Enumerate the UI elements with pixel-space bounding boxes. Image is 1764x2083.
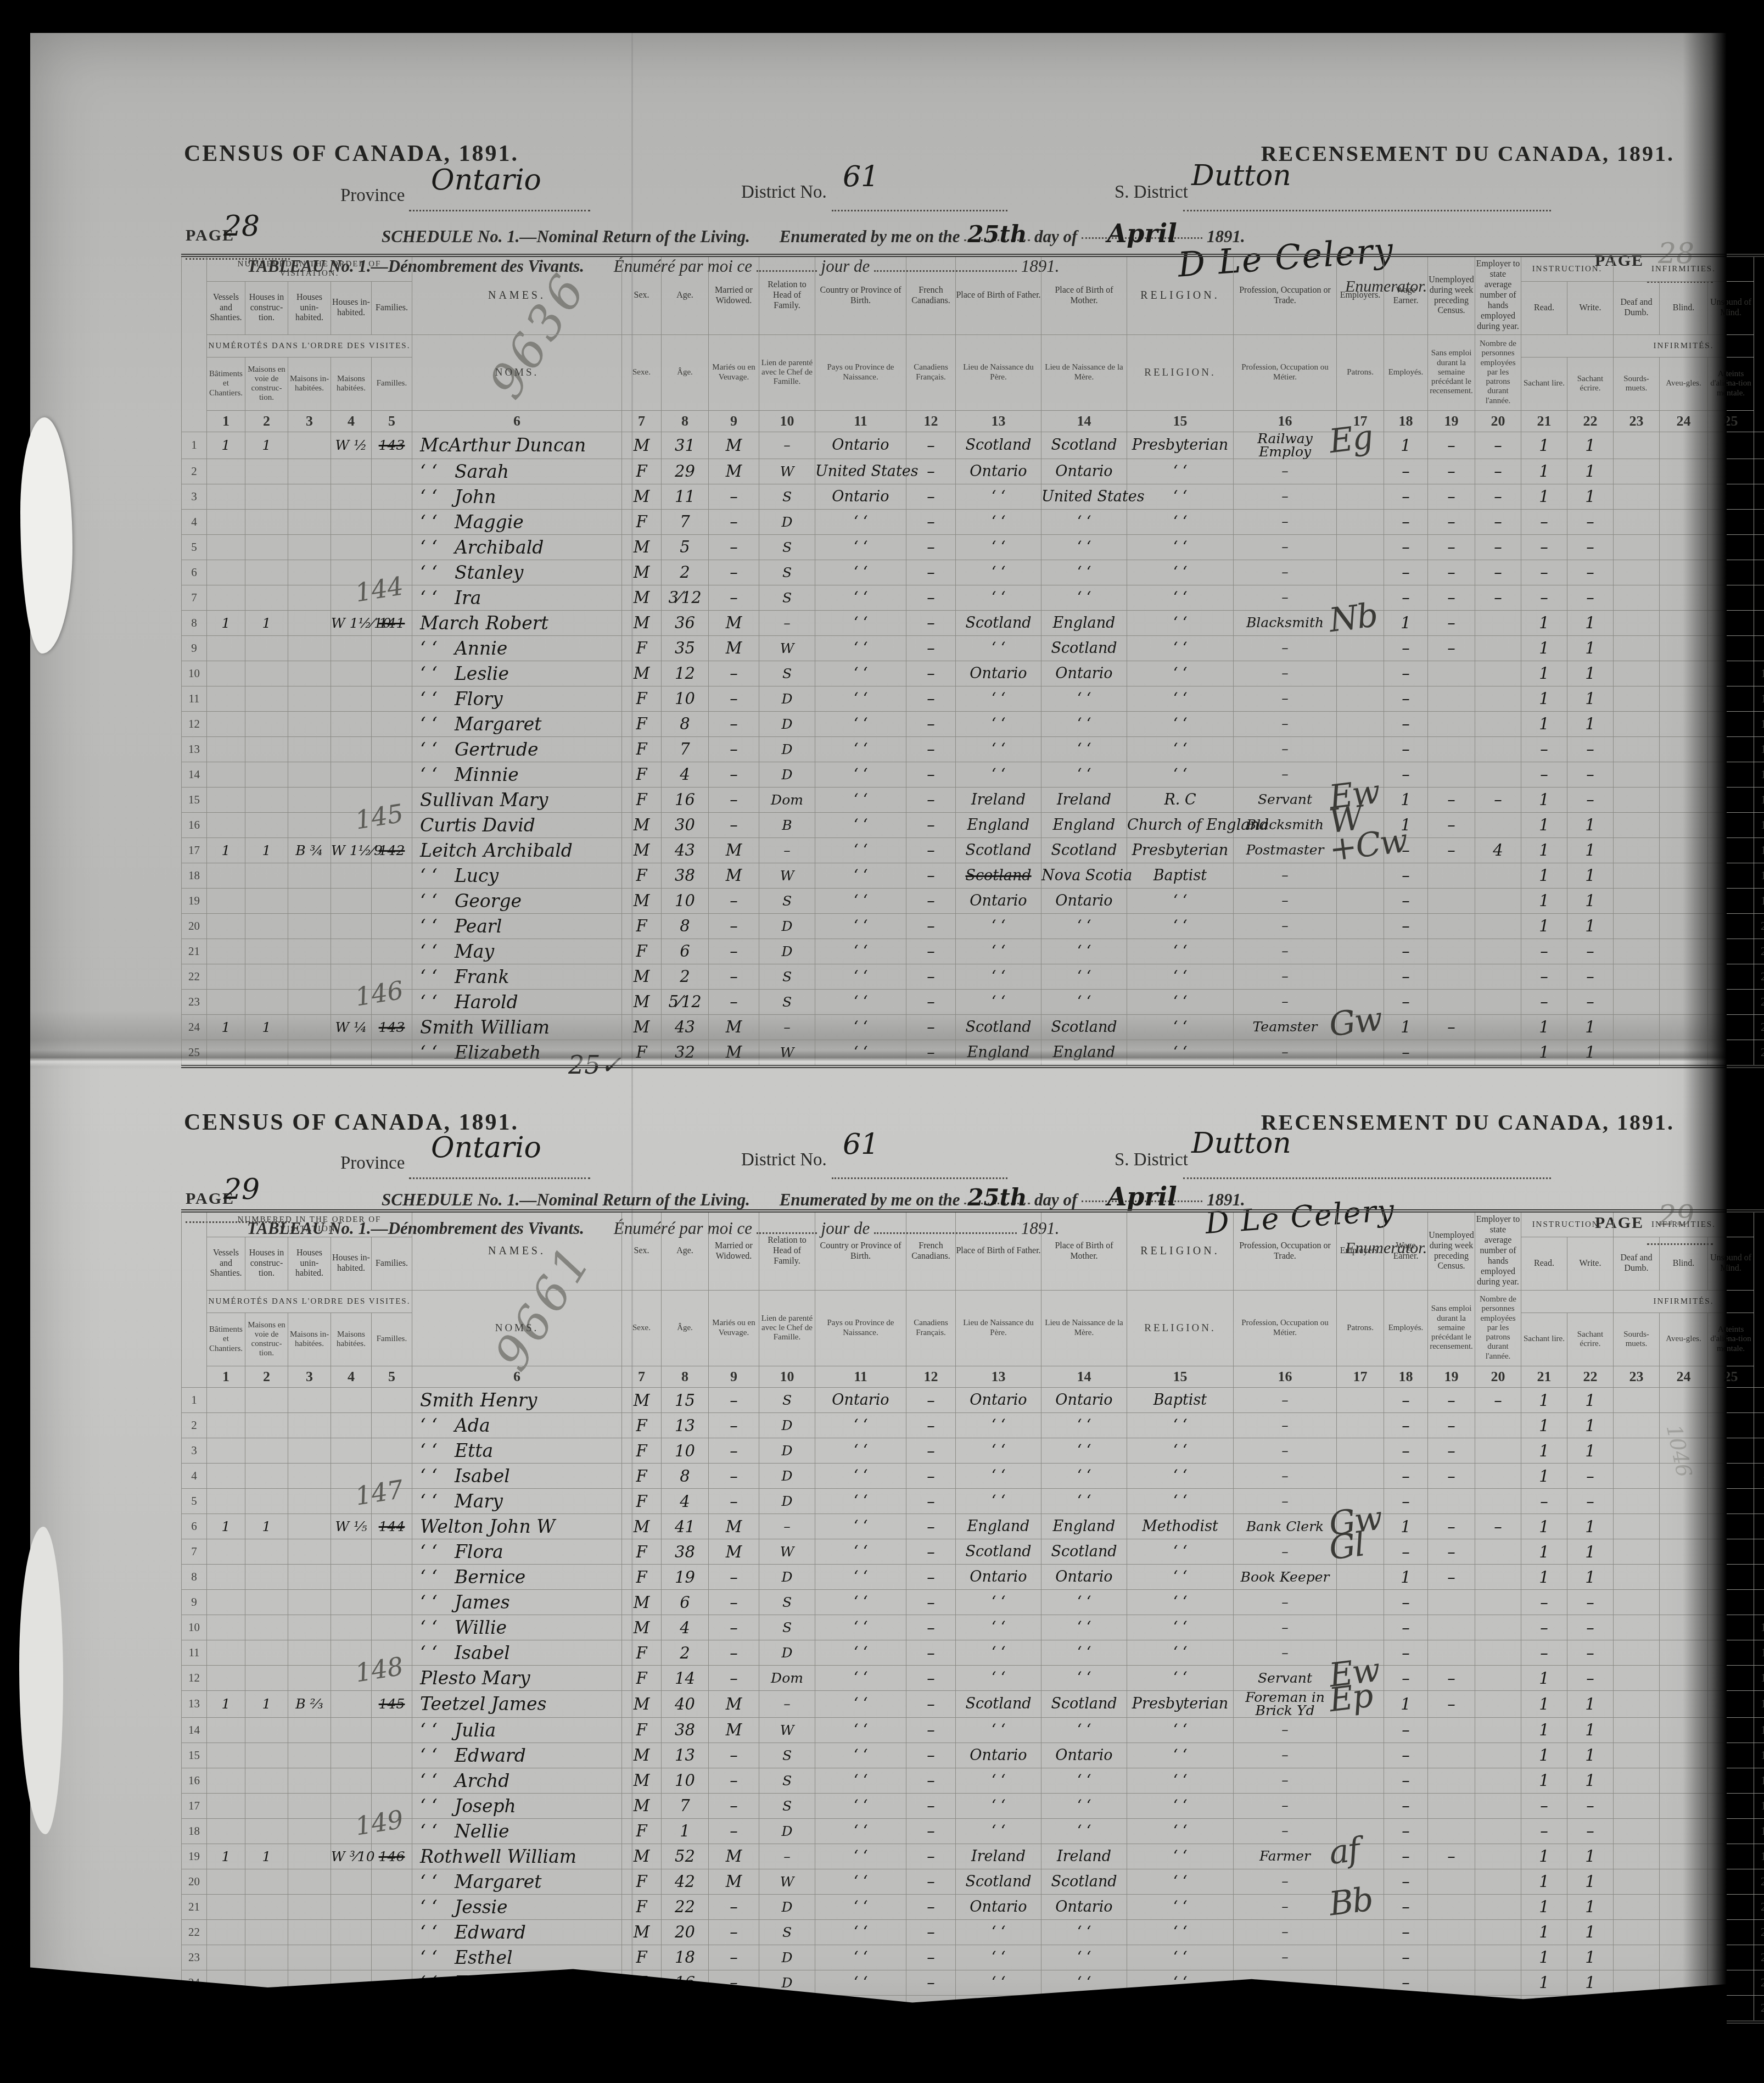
cell-df (1614, 1869, 1660, 1894)
cell-wr: – (1567, 509, 1614, 534)
cell-occ: – (1234, 1743, 1337, 1768)
col-write-fr: Sachant écrire. (1567, 358, 1614, 411)
col-wage-fr: Employés. (1384, 1291, 1428, 1366)
cell-rd: 1 (1521, 1666, 1567, 1691)
row-number-right: 18 (1754, 1818, 1764, 1844)
cell-occ: – (1234, 686, 1337, 711)
col-number: 22 (1567, 411, 1614, 432)
cell-name: Sullivan Mary (412, 787, 622, 812)
cell-m: M (709, 1717, 759, 1743)
row-number-left: 21 (182, 939, 207, 964)
subdistrict-value: Dutton (1191, 159, 1291, 192)
cell-une (1428, 888, 1475, 913)
col-relation-en: Relation to Head of Family. (759, 1211, 815, 1291)
cell-wag: – (1384, 736, 1428, 762)
record-row: 611W ⅕144Welton John WM41M–‘ ‘–EnglandEn… (182, 1514, 1764, 1539)
cell-wag: – (1384, 913, 1428, 939)
cell-rd: 1 (1521, 913, 1567, 939)
cell-name: ‘ ‘ Margaret (412, 1869, 622, 1894)
col-number: 13 (956, 411, 1041, 432)
col-occupation-en: Profession, Occupation or Trade. (1234, 1211, 1337, 1291)
cell-name: Rothwell William (412, 1844, 622, 1869)
day-of-label: day of (1034, 227, 1077, 246)
cell-rlg: ‘ ‘ (1127, 509, 1234, 534)
cell-sex: F (622, 1869, 662, 1894)
cell-df (1614, 1539, 1660, 1565)
col-sex-fr: Sexe. (622, 335, 662, 411)
row-number-right: 13 (1754, 736, 1764, 762)
cell-fa: ‘ ‘ (956, 1640, 1041, 1666)
cell-name: Smith Henry (412, 1388, 622, 1413)
cell-wr: 1 (1567, 661, 1614, 686)
cell-fa: ‘ ‘ (956, 1793, 1041, 1818)
record-row: 5‘ ‘ ArchibaldM5–S‘ ‘–‘ ‘‘ ‘‘ ‘––––––5 (182, 534, 1764, 560)
row-number-right: 11 (1754, 1640, 1764, 1666)
cell-c3 (288, 1464, 331, 1489)
cell-m: – (709, 989, 759, 1014)
cell-birth: United States (815, 459, 906, 484)
cell-f12: – (906, 762, 956, 787)
record-row: 19‘ ‘ GeorgeM10–S‘ ‘–OntarioOntario‘ ‘––… (182, 888, 1764, 913)
cell-f12: – (906, 1464, 956, 1489)
cell-age: 38 (662, 1717, 709, 1743)
cell-c1 (207, 863, 245, 888)
cell-une: – (1428, 509, 1475, 534)
cell-rel: W (759, 459, 815, 484)
col-birth-en: Country or Province of Birth. (815, 1211, 906, 1291)
record-row: 14‘ ‘ JuliaF38MW‘ ‘–‘ ‘‘ ‘‘ ‘––1114 (182, 1717, 1764, 1743)
row-number-left: 14 (182, 762, 207, 787)
cell-wr: 1 (1567, 1970, 1614, 1995)
cell-occ: Farmer (1234, 1844, 1337, 1869)
col-married-fr: Mariés ou en Veuvage. (709, 335, 759, 411)
cell-df (1614, 787, 1660, 812)
cell-c3 (288, 661, 331, 686)
cell-c3 (288, 1919, 331, 1945)
cell-f12: – (906, 736, 956, 762)
cell-wr: 1 (1567, 432, 1614, 459)
cell-df (1614, 1565, 1660, 1590)
cell-c3 (288, 989, 331, 1014)
cell-une: – (1428, 1666, 1475, 1691)
cell-df (1614, 686, 1660, 711)
cell-c1 (207, 635, 245, 661)
cell-df (1614, 1691, 1660, 1718)
cell-c2 (245, 1640, 288, 1666)
cell-rlg: ‘ ‘ (1127, 939, 1234, 964)
cell-c4 (331, 1919, 372, 1945)
cell-c5 (372, 1743, 412, 1768)
cell-une: – (1428, 1464, 1475, 1489)
cell-mo: ‘ ‘ (1041, 585, 1127, 610)
cell-m: – (709, 1894, 759, 1919)
cell-birth: ‘ ‘ (815, 837, 906, 863)
cell-une: – (1428, 837, 1475, 863)
cell-sex: M (622, 432, 662, 459)
cell-df (1614, 1717, 1660, 1743)
cell-rlg: ‘ ‘ (1127, 762, 1234, 787)
cell-emp (1337, 484, 1384, 509)
group-instruction-en: Instruction. (1521, 255, 1614, 282)
cell-c5 (372, 1919, 412, 1945)
cell-df (1614, 1919, 1660, 1945)
cell-rel: S (759, 1743, 815, 1768)
cell-c2 (245, 1590, 288, 1615)
row-number-right: 15 (1754, 787, 1764, 812)
row-number-right: 11 (1754, 686, 1764, 711)
subdistrict-value: Dutton (1191, 1127, 1291, 1160)
cell-birth: ‘ ‘ (815, 1743, 906, 1768)
employer-pencil-mark: af (1327, 1830, 1361, 1872)
col-sex-en: Sex. (622, 255, 662, 335)
cell-df (1614, 1514, 1660, 1539)
district-label: District No. (741, 182, 827, 203)
cell-wr: 1 (1567, 1438, 1614, 1464)
cell-f12: – (906, 1970, 956, 1995)
cell-fa: Scotland (956, 1539, 1041, 1565)
record-row: 18149‘ ‘ NellieF1–D‘ ‘–‘ ‘‘ ‘‘ ‘––––18 (182, 1818, 1764, 1844)
cell-une (1428, 762, 1475, 787)
cell-rel: – (759, 1514, 815, 1539)
row-number-left: 23 (182, 989, 207, 1014)
cell-occ: – (1234, 1818, 1337, 1844)
cell-fa: ‘ ‘ (956, 509, 1041, 534)
cell-df (1614, 1894, 1660, 1919)
cell-c4 (331, 1539, 372, 1565)
cell-f12: – (906, 1666, 956, 1691)
cell-c4 (331, 1438, 372, 1464)
record-row: 3‘ ‘ EttaF10–D‘ ‘–‘ ‘‘ ‘‘ ‘–––113 (182, 1438, 1764, 1464)
row-number-left: 20 (182, 913, 207, 939)
cell-c3 (288, 1014, 331, 1040)
cell-m: – (709, 534, 759, 560)
cell-f12: – (906, 1640, 956, 1666)
cell-f12: – (906, 1818, 956, 1844)
cell-une (1428, 736, 1475, 762)
cell-rlg: ‘ ‘ (1127, 1768, 1234, 1793)
cell-une: – (1428, 635, 1475, 661)
cell-name: ‘ ‘ Maggie (412, 509, 622, 534)
col-families-en: Families. (372, 282, 412, 335)
cell-rel: S (759, 1615, 815, 1640)
row-number-left: 20 (182, 1869, 207, 1894)
row-number-left: 18 (182, 1818, 207, 1844)
cell-occ: Teamster (1234, 1014, 1337, 1040)
cell-c1 (207, 560, 245, 585)
cell-c1 (207, 1666, 245, 1691)
cell-c3 (288, 1717, 331, 1743)
record-row: 21‘ ‘ JessieF22–D‘ ‘–OntarioOntario‘ ‘–B… (182, 1894, 1764, 1919)
cell-wag: – (1384, 1489, 1428, 1514)
cell-rd: – (1521, 509, 1567, 534)
cell-f12: – (906, 888, 956, 913)
cell-c3 (288, 610, 331, 635)
cell-age: 7 (662, 736, 709, 762)
cell-rd: – (1521, 1818, 1567, 1844)
col-number: 10 (759, 411, 815, 432)
cell-emp: af (1337, 1844, 1384, 1869)
col-father-fr: Lieu de Naissance du Père. (956, 1291, 1041, 1366)
row-number-column-header (182, 1211, 207, 1388)
cell-name: ‘ ‘ George (412, 888, 622, 913)
col-number: 8 (662, 411, 709, 432)
cell-df (1614, 1014, 1660, 1040)
cell-age: 7 (662, 1793, 709, 1818)
cell-c5 (372, 1539, 412, 1565)
row-number-right: 15 (1754, 1743, 1764, 1768)
cell-f12: – (906, 989, 956, 1014)
record-row: 7‘ ‘ FloraF38MW‘ ‘–ScotlandScotland‘ ‘–G… (182, 1539, 1764, 1565)
record-row: 15‘ ‘ EdwardM13–S‘ ‘–OntarioOntario‘ ‘––… (182, 1743, 1764, 1768)
cell-une (1428, 1945, 1475, 1970)
cell-rel: W (759, 863, 815, 888)
cell-une: – (1428, 534, 1475, 560)
cell-rd: 1 (1521, 1919, 1567, 1945)
cell-age: 18 (662, 1945, 709, 1970)
cell-birth: ‘ ‘ (815, 989, 906, 1014)
cell-emp (1337, 939, 1384, 964)
cell-birth: ‘ ‘ (815, 610, 906, 635)
col-mother-fr: Lieu de Naissance de la Mère. (1041, 335, 1127, 411)
cell-une (1428, 1590, 1475, 1615)
cell-hnd (1475, 610, 1521, 635)
cell-c2 (245, 939, 288, 964)
cell-hnd (1475, 989, 1521, 1014)
cell-c2: 1 (245, 610, 288, 635)
cell-wr: 1 (1567, 888, 1614, 913)
cell-df (1614, 913, 1660, 939)
cell-emp (1337, 1793, 1384, 1818)
cell-mo: Ontario (1041, 1894, 1127, 1919)
table-header: Numbered in the Order of Visitation. NAM… (182, 1211, 1764, 1388)
cell-mo: ‘ ‘ (1041, 686, 1127, 711)
cell-emp (1337, 560, 1384, 585)
cell-rel: W (759, 1869, 815, 1894)
row-number-left: 17 (182, 1793, 207, 1818)
cell-wag: – (1384, 585, 1428, 610)
cell-f12: – (906, 432, 956, 459)
record-row: 21‘ ‘ MayF6–D‘ ‘–‘ ‘‘ ‘‘ ‘––––21 (182, 939, 1764, 964)
col-number: 8 (662, 1366, 709, 1388)
district-underline (832, 1177, 1007, 1179)
cell-df (1614, 1615, 1660, 1640)
cell-rd: 1 (1521, 686, 1567, 711)
cell-c3 (288, 1640, 331, 1666)
cell-mo: England (1041, 812, 1127, 837)
cell-c2 (245, 585, 288, 610)
cell-c3 (288, 762, 331, 787)
cell-c4 (331, 635, 372, 661)
cell-birth: Ontario (815, 432, 906, 459)
cell-c2 (245, 1717, 288, 1743)
cell-rel: S (759, 1590, 815, 1615)
cell-c1: 1 (207, 1014, 245, 1040)
cell-c3 (288, 711, 331, 736)
cell-name: ‘ ‘ Minnie (412, 762, 622, 787)
cell-fa: ‘ ‘ (956, 1413, 1041, 1438)
row-number-left: 24 (182, 1014, 207, 1040)
col-unemployed-en: Unemployed during week preceding Census. (1428, 1211, 1475, 1291)
cell-sex: F (622, 939, 662, 964)
row-number-left: 15 (182, 787, 207, 812)
cell-c5 (372, 1768, 412, 1793)
cell-age: 4 (662, 1615, 709, 1640)
cell-c1: 1 (207, 837, 245, 863)
cell-wag: – (1384, 534, 1428, 560)
cell-birth: ‘ ‘ (815, 1640, 906, 1666)
cell-occ: Blacksmith (1234, 610, 1337, 635)
col-employers-en: Employers. (1337, 1211, 1384, 1291)
cell-name: ‘ ‘ Willie (412, 1615, 622, 1640)
cell-birth: ‘ ‘ (815, 888, 906, 913)
cell-rd: – (1521, 736, 1567, 762)
cell-fa: ‘ ‘ (956, 736, 1041, 762)
cell-m: – (709, 888, 759, 913)
cell-wr: 1 (1567, 1388, 1614, 1413)
cell-f12: – (906, 686, 956, 711)
cell-hnd (1475, 1666, 1521, 1691)
col-vessels-en: Vessels and Shanties. (207, 1237, 245, 1291)
district-value: 61 (843, 160, 879, 193)
cell-m: – (709, 1666, 759, 1691)
cell-c4 (331, 1743, 372, 1768)
cell-c3: B ⅔ (288, 1691, 331, 1718)
cell-rlg: R. C (1127, 787, 1234, 812)
cell-mo: ‘ ‘ (1041, 1919, 1127, 1945)
cell-c4 (331, 534, 372, 560)
cell-f12: – (906, 1388, 956, 1413)
cell-hnd (1475, 661, 1521, 686)
cell-f12: – (906, 1691, 956, 1718)
row-number-right: 23 (1754, 1945, 1764, 1970)
cell-rel: D (759, 711, 815, 736)
cell-df (1614, 964, 1660, 989)
cell-occ: Servant (1234, 1666, 1337, 1691)
cell-f12: – (906, 1413, 956, 1438)
cell-occ: – (1234, 1489, 1337, 1514)
cell-m: M (709, 1539, 759, 1565)
cell-rlg: ‘ ‘ (1127, 1438, 1234, 1464)
cell-sex: M (622, 534, 662, 560)
cell-m: – (709, 1615, 759, 1640)
cell-rel: W (759, 1539, 815, 1565)
cell-df (1614, 1413, 1660, 1438)
employer-pencil-mark: Eg (1327, 417, 1374, 461)
page-title-en: CENSUS OF CANADA, 1891. (184, 141, 519, 167)
cell-fa: Ontario (956, 1894, 1041, 1919)
cell-wag: – (1384, 1438, 1428, 1464)
col-number: 19 (1428, 411, 1475, 432)
cell-name: ‘ ‘ May (412, 939, 622, 964)
cell-wag: – (1384, 1743, 1428, 1768)
cell-c5: 146 (372, 989, 412, 1014)
cell-c3 (288, 1565, 331, 1590)
cell-mo: Scotland (1041, 432, 1127, 459)
cell-hnd (1475, 1489, 1521, 1514)
col-occupation-fr: Profession, Occupation ou Métier. (1234, 335, 1337, 411)
cell-birth: ‘ ‘ (815, 812, 906, 837)
cell-mo: ‘ ‘ (1041, 913, 1127, 939)
cell-age: 38 (662, 863, 709, 888)
cell-rel: D (759, 736, 815, 762)
cell-rel: S (759, 661, 815, 686)
cell-wr: – (1567, 1464, 1614, 1489)
cell-hnd (1475, 1793, 1521, 1818)
enumeration-day: 25th (967, 221, 1027, 248)
cell-une (1428, 711, 1475, 736)
col-number: 7 (622, 411, 662, 432)
cell-wag: – (1384, 888, 1428, 913)
cell-m: – (709, 1793, 759, 1818)
col-uninhabited-en: Houses unin-habited. (288, 1237, 331, 1291)
row-number-right: 24 (1754, 1014, 1764, 1040)
cell-df (1614, 1945, 1660, 1970)
cell-rel: – (759, 610, 815, 635)
cell-rlg: ‘ ‘ (1127, 1793, 1234, 1818)
cell-c1 (207, 686, 245, 711)
cell-df (1614, 1818, 1660, 1844)
cell-une (1428, 989, 1475, 1014)
cell-rel: S (759, 1768, 815, 1793)
record-row: 4‘ ‘ IsabelF8–D‘ ‘–‘ ‘‘ ‘‘ ‘–––1–4 (182, 1464, 1764, 1489)
group-instruction-fr (1521, 1291, 1614, 1313)
records-body: 111W ½143McArthur DuncanM31M–Ontario–Sco… (182, 432, 1764, 1066)
cell-age: 6 (662, 1590, 709, 1615)
cell-c2 (245, 635, 288, 661)
row-number-right: 23 (1754, 989, 1764, 1014)
col-number: 17 (1337, 1366, 1384, 1388)
cell-birth: ‘ ‘ (815, 1438, 906, 1464)
cell-age: 3⁄12 (662, 585, 709, 610)
cell-c5 (372, 863, 412, 888)
cell-rd: – (1521, 964, 1567, 989)
col-write-fr: Sachant écrire. (1567, 1313, 1614, 1366)
cell-df (1614, 432, 1660, 459)
cell-hnd: – (1475, 585, 1521, 610)
cell-fa: Ontario (956, 661, 1041, 686)
row-number-left: 21 (182, 1894, 207, 1919)
col-inhabited-en: Houses in-habited. (331, 282, 372, 335)
cell-c5 (372, 1869, 412, 1894)
row-number-right: 9 (1754, 635, 1764, 661)
cell-c1 (207, 1743, 245, 1768)
cell-occ: – (1234, 1945, 1337, 1970)
row-number-right: 25 (1754, 1995, 1764, 2022)
col-married-en: Married or Widowed. (709, 255, 759, 335)
cell-c1 (207, 736, 245, 762)
cell-sex: M (622, 1014, 662, 1040)
cell-c3 (288, 1844, 331, 1869)
cell-sex: F (622, 1640, 662, 1666)
cell-age: 20 (662, 1919, 709, 1945)
col-number: 7 (622, 1366, 662, 1388)
col-father-fr: Lieu de Naissance du Père. (956, 335, 1041, 411)
cell-rel: S (759, 1388, 815, 1413)
row-number-left: 22 (182, 964, 207, 989)
cell-emp: Gl (1337, 1539, 1384, 1565)
col-write-en: Write. (1567, 282, 1614, 335)
cell-rel: S (759, 964, 815, 989)
cell-c3 (288, 1869, 331, 1894)
col-number: 19 (1428, 1366, 1475, 1388)
cell-name: ‘ ‘ Jessie (412, 1894, 622, 1919)
cell-rel: D (759, 1413, 815, 1438)
cell-c3 (288, 509, 331, 534)
row-number-right: 4 (1754, 1464, 1764, 1489)
cell-wr: – (1567, 1818, 1614, 1844)
census-table-28: Numbered in the Order of Visitation. NAM… (181, 254, 1764, 1068)
col-number: 16 (1234, 411, 1337, 432)
